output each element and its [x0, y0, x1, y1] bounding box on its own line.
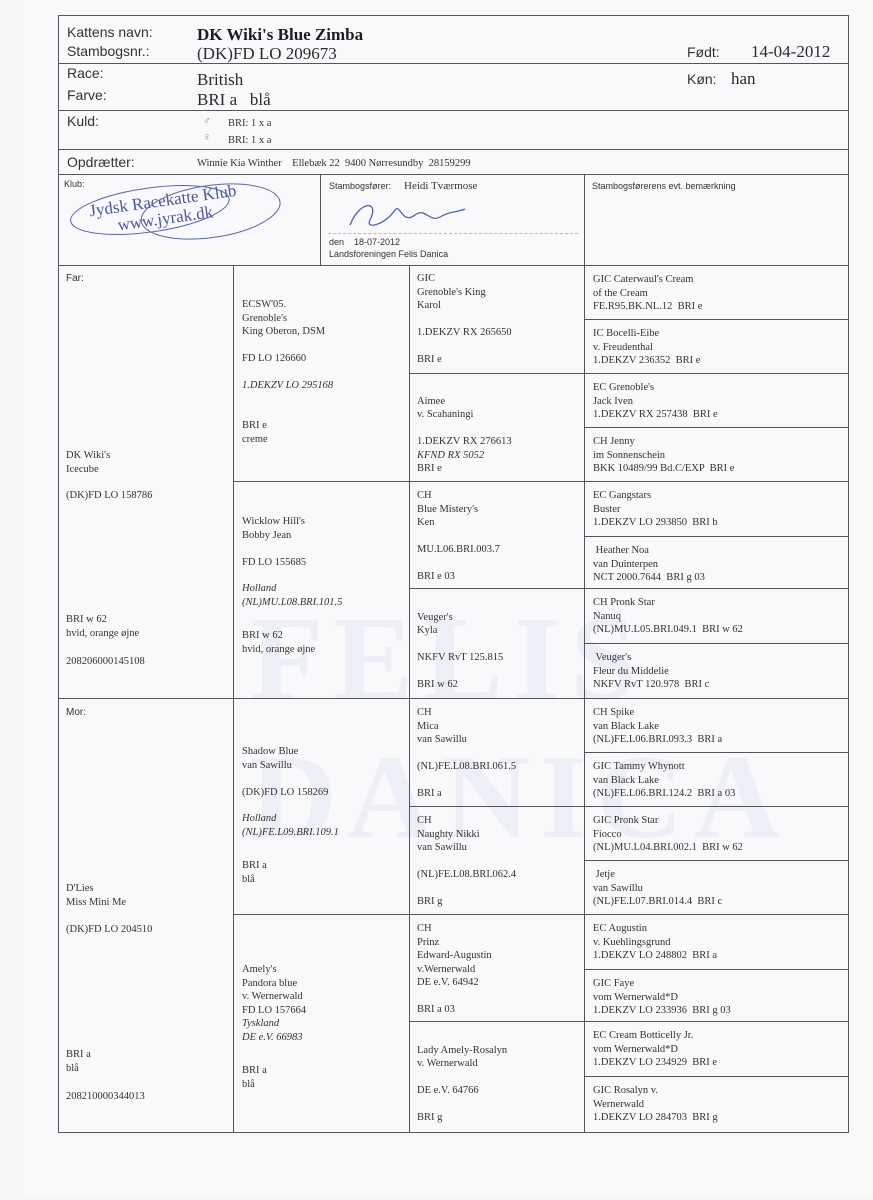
- born-label: Født:: [687, 44, 720, 60]
- cat-name-label: Kattens navn:: [67, 24, 153, 40]
- grandparent-2-color: BRI w 62 hvid, orange øjne: [242, 629, 315, 656]
- dam-chip: 208210000344013: [66, 1090, 145, 1104]
- great-great-grandparent-7: CH Pronk Star Nanuq (NL)MU.L05.BRI.049.1…: [593, 596, 743, 637]
- federation-name: Landsforeningen Felis Danica: [329, 249, 448, 259]
- great-great-grandparent-16: GIC Rosalyn v. Wernerwald 1.DEKZV LO 284…: [593, 1084, 718, 1125]
- grandparent-4-name: Amely's Pandora blue v. Wernerwald FD LO…: [242, 963, 306, 1017]
- sire-name: DK Wiki's Icecube: [66, 449, 110, 476]
- sire-label: Far:: [66, 273, 84, 284]
- great-great-grandparent-5: EC Gangstars Buster 1.DEKZV LO 293850 BR…: [593, 489, 718, 530]
- litter-label: Kuld:: [67, 113, 99, 129]
- dam-label: Mor:: [66, 707, 86, 718]
- grandparent-1-foreign-reg: 1.DEKZV LO 295168: [242, 379, 333, 393]
- great-grandparent-6: CH Naughty Nikki van Sawillu (NL)FE.L08.…: [417, 814, 516, 909]
- registrar-label: Stambogsfører:: [329, 181, 391, 191]
- great-great-grandparent-4: CH Jenny im Sonnenschein BKK 10489/99 Bd…: [593, 435, 734, 476]
- great-great-grandparent-1: GIC Caterwaul's Cream of the Cream FE.R9…: [593, 273, 702, 314]
- cat-name: DK Wiki's Blue Zimba: [197, 25, 363, 45]
- great-grandparent-2-foreign-reg: KFND RX 5052: [417, 449, 484, 463]
- great-great-grandparent-13: EC Augustin v. Kuehlingsgrund 1.DEKZV LO…: [593, 922, 717, 963]
- reg-no-label: Stambogsnr.:: [67, 43, 150, 59]
- date-label: den: [329, 237, 344, 247]
- grandparent-3-color: BRI a blå: [242, 859, 267, 886]
- sex-label: Køn:: [687, 71, 717, 87]
- club-label: Klub:: [64, 179, 85, 189]
- race-label: Race:: [67, 65, 104, 81]
- great-great-grandparent-3: EC Grenoble's Jack Iven 1.DEKZV RX 25743…: [593, 381, 718, 422]
- great-great-grandparent-11: GIC Pronk Star Fiocco (NL)MU.L04.BRI.002…: [593, 814, 743, 855]
- grandparent-4-color: BRI a blå: [242, 1064, 267, 1091]
- sire-reg: (DK)FD LO 158786: [66, 489, 152, 503]
- grandparent-4-foreign-reg: Tyskland DE e.V. 66983: [242, 1017, 302, 1044]
- dam-color: BRI a blå: [66, 1048, 91, 1075]
- dam-name: D'Lies Miss Mini Me: [66, 882, 126, 909]
- great-grandparent-5: CH Mica van Sawillu (NL)FE.L08.BRI.061.5…: [417, 706, 516, 801]
- registry-date: 18-07-2012: [354, 237, 400, 247]
- great-great-grandparent-14: GIC Faye vom Wernerwald*D 1.DEKZV LO 233…: [593, 977, 731, 1018]
- grandparent-1-color: BRI e creme: [242, 419, 268, 446]
- grandparent-2-name: Wicklow Hill's Bobby Jean FD LO 155685: [242, 515, 306, 569]
- remarks-label: Stambogsførerens evt. bemærkning: [592, 181, 736, 191]
- club-stamp: Jydsk Racekatte Klub www.jyrak.dk: [88, 182, 240, 238]
- great-great-grandparent-9: CH Spike van Black Lake (NL)FE.L06.BRI.0…: [593, 706, 722, 747]
- dam-reg: (DK)FD LO 204510: [66, 923, 152, 937]
- great-great-grandparent-6: Heather Noa van Duinterpen NCT 2000.7644…: [593, 544, 705, 585]
- great-great-grandparent-15: EC Cream Botticelly Jr. vom Wernerwald*D…: [593, 1029, 717, 1070]
- great-grandparent-4: Veuger's Kyla NKFV RvT 125.815 BRI w 62: [417, 597, 503, 692]
- great-grandparent-2-color: BRI e: [417, 462, 442, 476]
- sex-value: han: [731, 69, 756, 89]
- great-grandparent-8: Lady Amely-Rosalyn v. Wernerwald DE e.V.…: [417, 1030, 507, 1125]
- grandparent-3-name: Shadow Blue van Sawillu (DK)FD LO 158269: [242, 745, 328, 799]
- registrar-name: Heidi Tværmose: [404, 180, 477, 194]
- breeder-label: Opdrætter:: [67, 154, 135, 170]
- color-label: Farve:: [67, 87, 107, 103]
- great-great-grandparent-2: IC Bocelli-Eibe v. Freudenthal 1.DEKZV 2…: [593, 327, 700, 368]
- grandparent-3-foreign-reg: Holland (NL)FE.L09.BRI.109.1: [242, 812, 339, 839]
- great-grandparent-2: Aimee v. Scahaningi 1.DEKZV RX 276613: [417, 381, 512, 449]
- reg-no: (DK)FD LO 209673: [197, 44, 337, 64]
- female-icon: ♀: [203, 131, 211, 145]
- great-great-grandparent-8: Veuger's Fleur du Middelie NKFV RvT 120.…: [593, 651, 709, 692]
- great-great-grandparent-12: Jetje van Sawillu (NL)FE.L07.BRI.014.4 B…: [593, 868, 722, 909]
- sire-color: BRI w 62 hvid, orange øjne: [66, 613, 139, 640]
- race-value: British: [197, 70, 243, 90]
- grandparent-2-foreign-reg: Holland (NL)MU.L08.BRI.101.5: [242, 582, 342, 609]
- litter-female: BRI: 1 x a: [228, 134, 271, 148]
- grandparent-1-name: ECSW'05. Grenoble's King Oberon, DSM FD …: [242, 298, 325, 366]
- signature-icon: [340, 195, 480, 235]
- great-grandparent-3: CH Blue Mistery's Ken MU.L06.BRI.003.7 B…: [417, 489, 500, 584]
- male-icon: ♂: [203, 115, 211, 129]
- great-great-grandparent-10: GIC Tammy Whynott van Black Lake (NL)FE.…: [593, 760, 735, 801]
- great-grandparent-1: GIC Grenoble's King Karol 1.DEKZV RX 265…: [417, 272, 512, 367]
- born-date: 14-04-2012: [751, 42, 830, 62]
- sire-chip: 208206000145108: [66, 655, 145, 669]
- color-value: BRI a blå: [197, 90, 271, 110]
- litter-male: BRI: 1 x a: [228, 117, 271, 131]
- great-grandparent-7: CH Prinz Edward-Augustin v.Wernerwald DE…: [417, 922, 492, 1017]
